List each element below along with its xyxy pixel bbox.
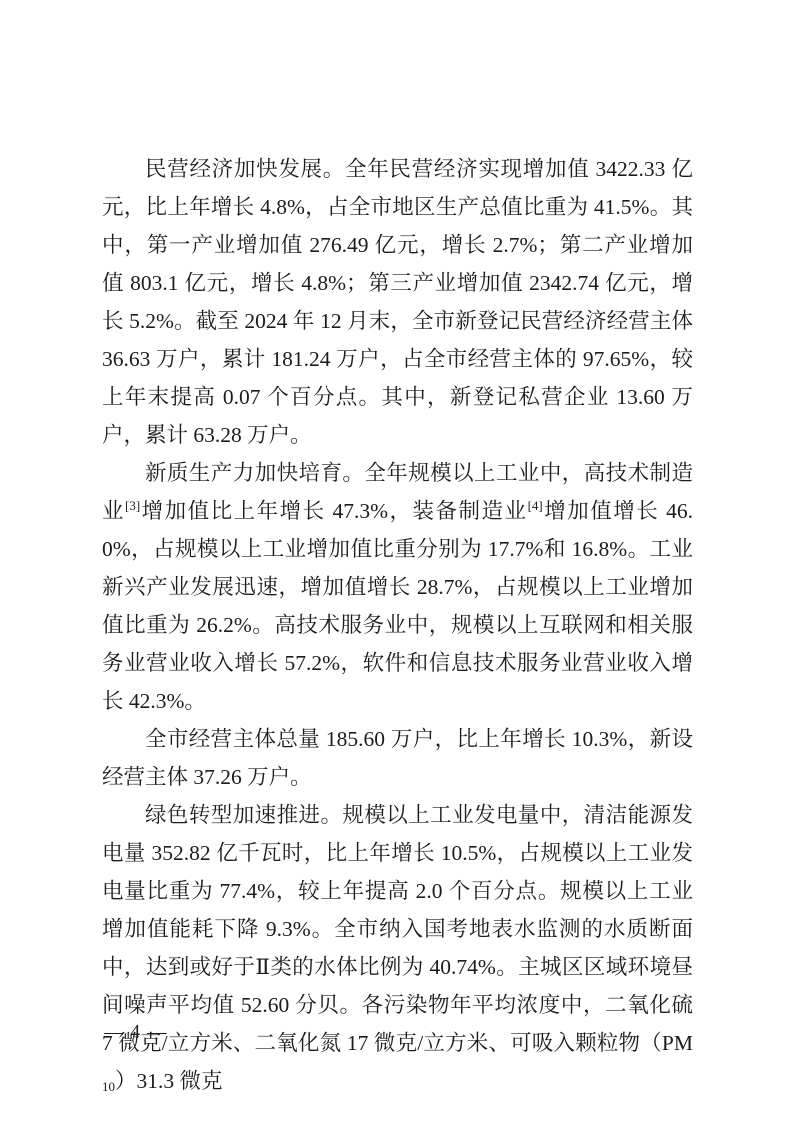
- footnote-ref: [3]: [125, 498, 140, 513]
- paragraph: 新质生产力加快培育。全年规模以上工业中，高技术制造业[3]增加值比上年增长 47…: [102, 454, 693, 720]
- text-run: 增加值增长 46.0%，占规模以上工业增加值比重分别为 17.7%和 16.8%…: [102, 499, 693, 713]
- footnote-ref: [4]: [528, 498, 543, 513]
- text-run: 增加值比上年增长 47.3%，装备制造业: [140, 499, 527, 523]
- paragraph: 全市经营主体总量 185.60 万户，比上年增长 10.3%，新设经营主体 37…: [102, 720, 693, 796]
- document-body: 民营经济加快发展。全年民营经济实现增加值 3422.33 亿元，比上年增长 4.…: [102, 150, 693, 1100]
- document-page: 民营经济加快发展。全年民营经济实现增加值 3422.33 亿元，比上年增长 4.…: [0, 0, 794, 1123]
- text-run: ）31.3 微克: [115, 1069, 223, 1093]
- paragraph: 绿色转型加速推进。规模以上工业发电量中，清洁能源发电量 352.82 亿千瓦时，…: [102, 796, 693, 1100]
- subscript: 10: [102, 1079, 115, 1094]
- page-footer: — 4 —: [104, 1022, 168, 1044]
- text-run: 全市经营主体总量 185.60 万户，比上年增长 10.3%，新设经营主体 37…: [102, 727, 693, 789]
- text-run: 民营经济加快发展。全年民营经济实现增加值 3422.33 亿元，比上年增长 4.…: [102, 157, 693, 447]
- page-number: — 4 —: [104, 1022, 168, 1043]
- text-run: 绿色转型加速推进。规模以上工业发电量中，清洁能源发电量 352.82 亿千瓦时，…: [102, 803, 693, 1055]
- paragraph: 民营经济加快发展。全年民营经济实现增加值 3422.33 亿元，比上年增长 4.…: [102, 150, 693, 454]
